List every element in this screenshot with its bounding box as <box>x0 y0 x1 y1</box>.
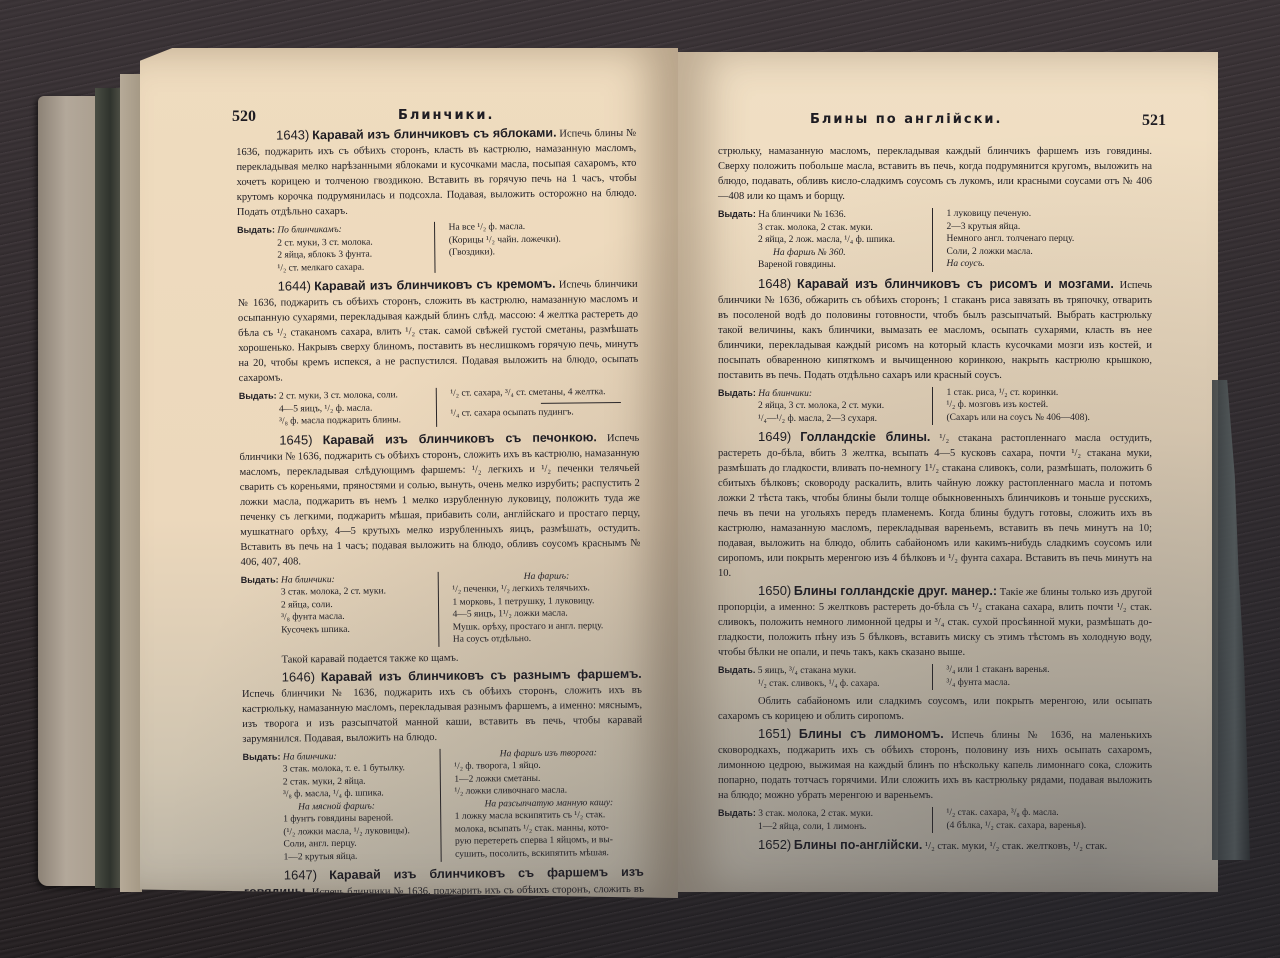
ingredient-line: На соусъ отдѣльно. <box>453 632 642 646</box>
ingredient-subhead: На блинчики: <box>758 389 812 399</box>
ingredient-subhead: На фаршъ № 360. <box>718 247 924 260</box>
ingredient-line: ³/₄ или 1 стаканъ варенья. <box>947 664 1153 677</box>
ingredient-line: На блинчики № 1636. <box>758 210 846 220</box>
ingredient-line: ¹/₂ ф. мозговъ изъ костей. <box>947 399 1153 412</box>
right-running-head: Блины по англійски. 521 <box>678 112 1218 132</box>
left-page-content: 1643) Каравай изъ блинчиковъ съ яблоками… <box>236 124 644 918</box>
ingredient-line: 1—2 крутыя яйца. <box>244 849 433 863</box>
recipe-title: Каравай изъ блинчиковъ съ рисомъ и мозга… <box>797 277 1114 291</box>
recipe-text: Испечь блинчики № 1636, поджарить ихъ съ… <box>242 684 642 744</box>
ingredients-block: Выдать: На блинчики № 1636. 3 стак. моло… <box>718 208 1152 272</box>
recipe-number: 1648) <box>758 276 791 291</box>
right-page: Блины по англійски. 521 стрюльку, намаза… <box>678 52 1218 892</box>
ingredient-subhead: На блинчики: <box>281 574 335 585</box>
ingredients-label: Выдать: <box>241 574 279 584</box>
ingredients-label: Выдать: <box>718 388 756 398</box>
recipe-1645: 1645) Каравай изъ блинчиковъ съ печонкою… <box>239 428 641 667</box>
ingredients-label: Выдать: <box>718 209 756 219</box>
ingredient-line: По блинчикамъ: <box>277 225 342 236</box>
recipe-title: Блины съ лимономъ. <box>799 727 944 741</box>
ingredients-block: Выдать: 3 стак. молока, 2 стак. муки. 1—… <box>718 807 1152 833</box>
ingredient-line: Кусочекъ шпика. <box>241 622 430 636</box>
ingredient-line: 3 стак. молока, 2 стак. муки. <box>718 222 924 235</box>
ingredient-line: (4 бѣлка, ¹/₂ стак. сахара, варенья). <box>947 820 1153 833</box>
recipe-note: Такой каравай подается также ко щамъ. <box>241 648 641 667</box>
recipe-number: 1650) <box>758 583 791 598</box>
recipe-text: ¹/₂ стак. муки, ¹/₂ стак. желтковъ, ¹/₂ … <box>925 841 1107 852</box>
recipe-1649: 1649) Голландскіе блины. ¹/₂ стакана рас… <box>718 429 1152 581</box>
recipe-note: Облить сабайономъ или сладкимъ соусомъ, … <box>718 694 1152 724</box>
rule-divider <box>540 401 620 403</box>
ingredients-block: Выдать: На блинчики: 3 стак. молока, 2 с… <box>241 569 642 648</box>
ingredient-line: ¹/₂ ст. мелкаго сахара. <box>237 261 426 275</box>
ingredients-label: Выдать: <box>243 751 281 761</box>
ingredients-block: Выдать: На блинчики: 2 яйца, 3 ст. молок… <box>718 387 1152 426</box>
ingredient-line: 3 стак. молока, 2 стак. муки. <box>758 809 873 819</box>
left-page: 520 Блинчики. 1643) Каравай изъ блинчико… <box>140 48 678 898</box>
ingredient-line: ³/₈ ф. масла поджарить блины. <box>239 414 428 428</box>
ingredients-label: Выдать: <box>237 225 275 235</box>
recipe-1650: 1650) Блины голландскіе друг. манер.: Та… <box>718 583 1152 724</box>
page-number: 521 <box>1142 112 1166 130</box>
ingredient-line: 5 яицъ, ³/₄ стакана муки. <box>758 666 856 676</box>
ingredient-line: ¹/₂ ст. сахара, ³/₄ ст. сметаны, 4 желтк… <box>450 386 639 400</box>
recipe-number: 1651) <box>758 726 791 741</box>
ingredient-line: (Гвоздики). <box>449 245 638 259</box>
recipe-title: Каравай изъ блинчиковъ съ кремомъ. <box>314 277 556 294</box>
recipe-text: Испечь блинчики № 1636, обжарить съ обѣи… <box>718 280 1152 381</box>
running-head-title: Блины по англійски. <box>810 112 1002 127</box>
right-page-content: стрюльку, намазанную масломъ, перекладыв… <box>718 144 1152 856</box>
ingredient-line: На соусъ. <box>947 258 1153 271</box>
ingredients-block: Выдать: 2 ст. муки, 3 ст. молока, соли. … <box>239 386 639 429</box>
ingredient-line: ¹/₄ ст. сахара осыпать пудингъ. <box>450 405 639 419</box>
recipe-number: 1649) <box>758 429 791 444</box>
recipe-1643: 1643) Каравай изъ блинчиковъ съ яблоками… <box>236 124 638 275</box>
ingredient-line: 1—2 яйца, соли, 1 лимонъ. <box>718 821 924 834</box>
recipe-number: 1644) <box>278 278 311 293</box>
ingredient-line: ¹/₄—¹/₂ ф. масла, 2—3 сухаря. <box>718 413 924 426</box>
ingredient-line: ¹/₂ стак. сливокъ, ¹/₄ ф. сахара. <box>718 678 924 691</box>
ingredient-line: 2 яйца, 2 лож. масла, ¹/₄ ф. шпика. <box>718 234 924 247</box>
ingredient-line: Вареной говядины. <box>718 259 924 272</box>
ingredient-subhead: На блинчики: <box>283 751 337 762</box>
continued-text: стрюльку, намазанную масломъ, перекладыв… <box>718 144 1152 204</box>
recipe-text: ¹/₂ стакана растопленнаго масла остудить… <box>718 433 1152 579</box>
ingredient-line: 1 луковицу печеную. <box>947 208 1153 221</box>
recipe-number: 1643) <box>276 127 309 142</box>
recipe-title: Каравай изъ блинчиковъ съ яблоками. <box>312 126 556 143</box>
ingredient-line: 2 яйца, 3 ст. молока, 2 ст. муки. <box>718 400 924 413</box>
recipe-title: Блины голландскіе друг. манер.: <box>794 584 997 598</box>
ingredient-line: Соли, 2 ложки масла. <box>947 246 1153 259</box>
ingredients-label: Выдать. <box>718 665 755 675</box>
recipe-1644: 1644) Каравай изъ блинчиковъ съ кремомъ.… <box>238 275 640 429</box>
page-block-edge <box>120 74 142 892</box>
ingredients-block: Выдать: По блинчикамъ: 2 ст. муки, 3 ст.… <box>237 220 638 275</box>
running-head-title: Блинчики. <box>398 108 494 123</box>
ingredient-line: 3 стак. молока, т. е. 1 бутылку. <box>243 762 432 776</box>
ingredient-line: Немного англ. толченаго перцу. <box>947 233 1153 246</box>
recipe-number: 1652) <box>758 837 791 852</box>
recipe-title: Каравай изъ блинчиковъ съ разнымъ фаршем… <box>321 666 642 683</box>
recipe-1652: 1652) Блины по-англійски. ¹/₂ стак. муки… <box>718 837 1152 854</box>
ingredient-line: (¹/₂ ложки масла, ¹/₂ луковицы). <box>243 824 432 838</box>
page-number: 520 <box>232 108 256 126</box>
ingredient-line: ¹/₂ стак. сахара, ³/₈ ф. масла. <box>947 807 1153 820</box>
recipe-number: 1645) <box>279 432 312 447</box>
recipe-title: Голландскіе блины. <box>800 430 930 444</box>
recipe-1651: 1651) Блины съ лимономъ. Испечь блины № … <box>718 726 1152 833</box>
ingredient-line: 1 стак. риса, ¹/₂ ст. коринки. <box>947 387 1153 400</box>
ingredient-line: 2 ст. муки, 3 ст. молока, соли. <box>279 390 398 401</box>
recipe-text: Испечь блинчики № 1636, поджарить съ обѣ… <box>238 279 639 384</box>
ingredient-line: ³/₄ фунта масла. <box>947 677 1153 690</box>
ingredients-label: Выдать: <box>718 808 756 818</box>
recipe-title: Каравай изъ блинчиковъ съ печонкою. <box>323 430 597 447</box>
recipe-1646: 1646) Каравай изъ блинчиковъ съ разнымъ … <box>242 665 644 864</box>
recipe-title: Блины по-англійски. <box>794 838 923 852</box>
ingredient-line: сушить, посолить, вскипятить мѣшая. <box>455 846 644 860</box>
ingredients-block: Выдать. 5 яицъ, ³/₄ стакана муки. ¹/₂ ст… <box>718 664 1152 690</box>
ingredients-block: Выдать: На блинчики: 3 стак. молока, т. … <box>243 746 644 864</box>
ingredient-line: 2—3 крутыя яйца. <box>947 221 1153 234</box>
recipe-number: 1647) <box>284 867 317 882</box>
recipe-number: 1646) <box>282 669 315 684</box>
ingredient-line: (Сахаръ или на соусъ № 406—408). <box>947 412 1153 425</box>
ingredients-label: Выдать: <box>239 391 277 401</box>
recipe-1648: 1648) Каравай изъ блинчиковъ съ рисомъ и… <box>718 276 1152 426</box>
recipe-text: Испечь блинчики № 1636, поджарить съ обѣ… <box>239 432 640 567</box>
